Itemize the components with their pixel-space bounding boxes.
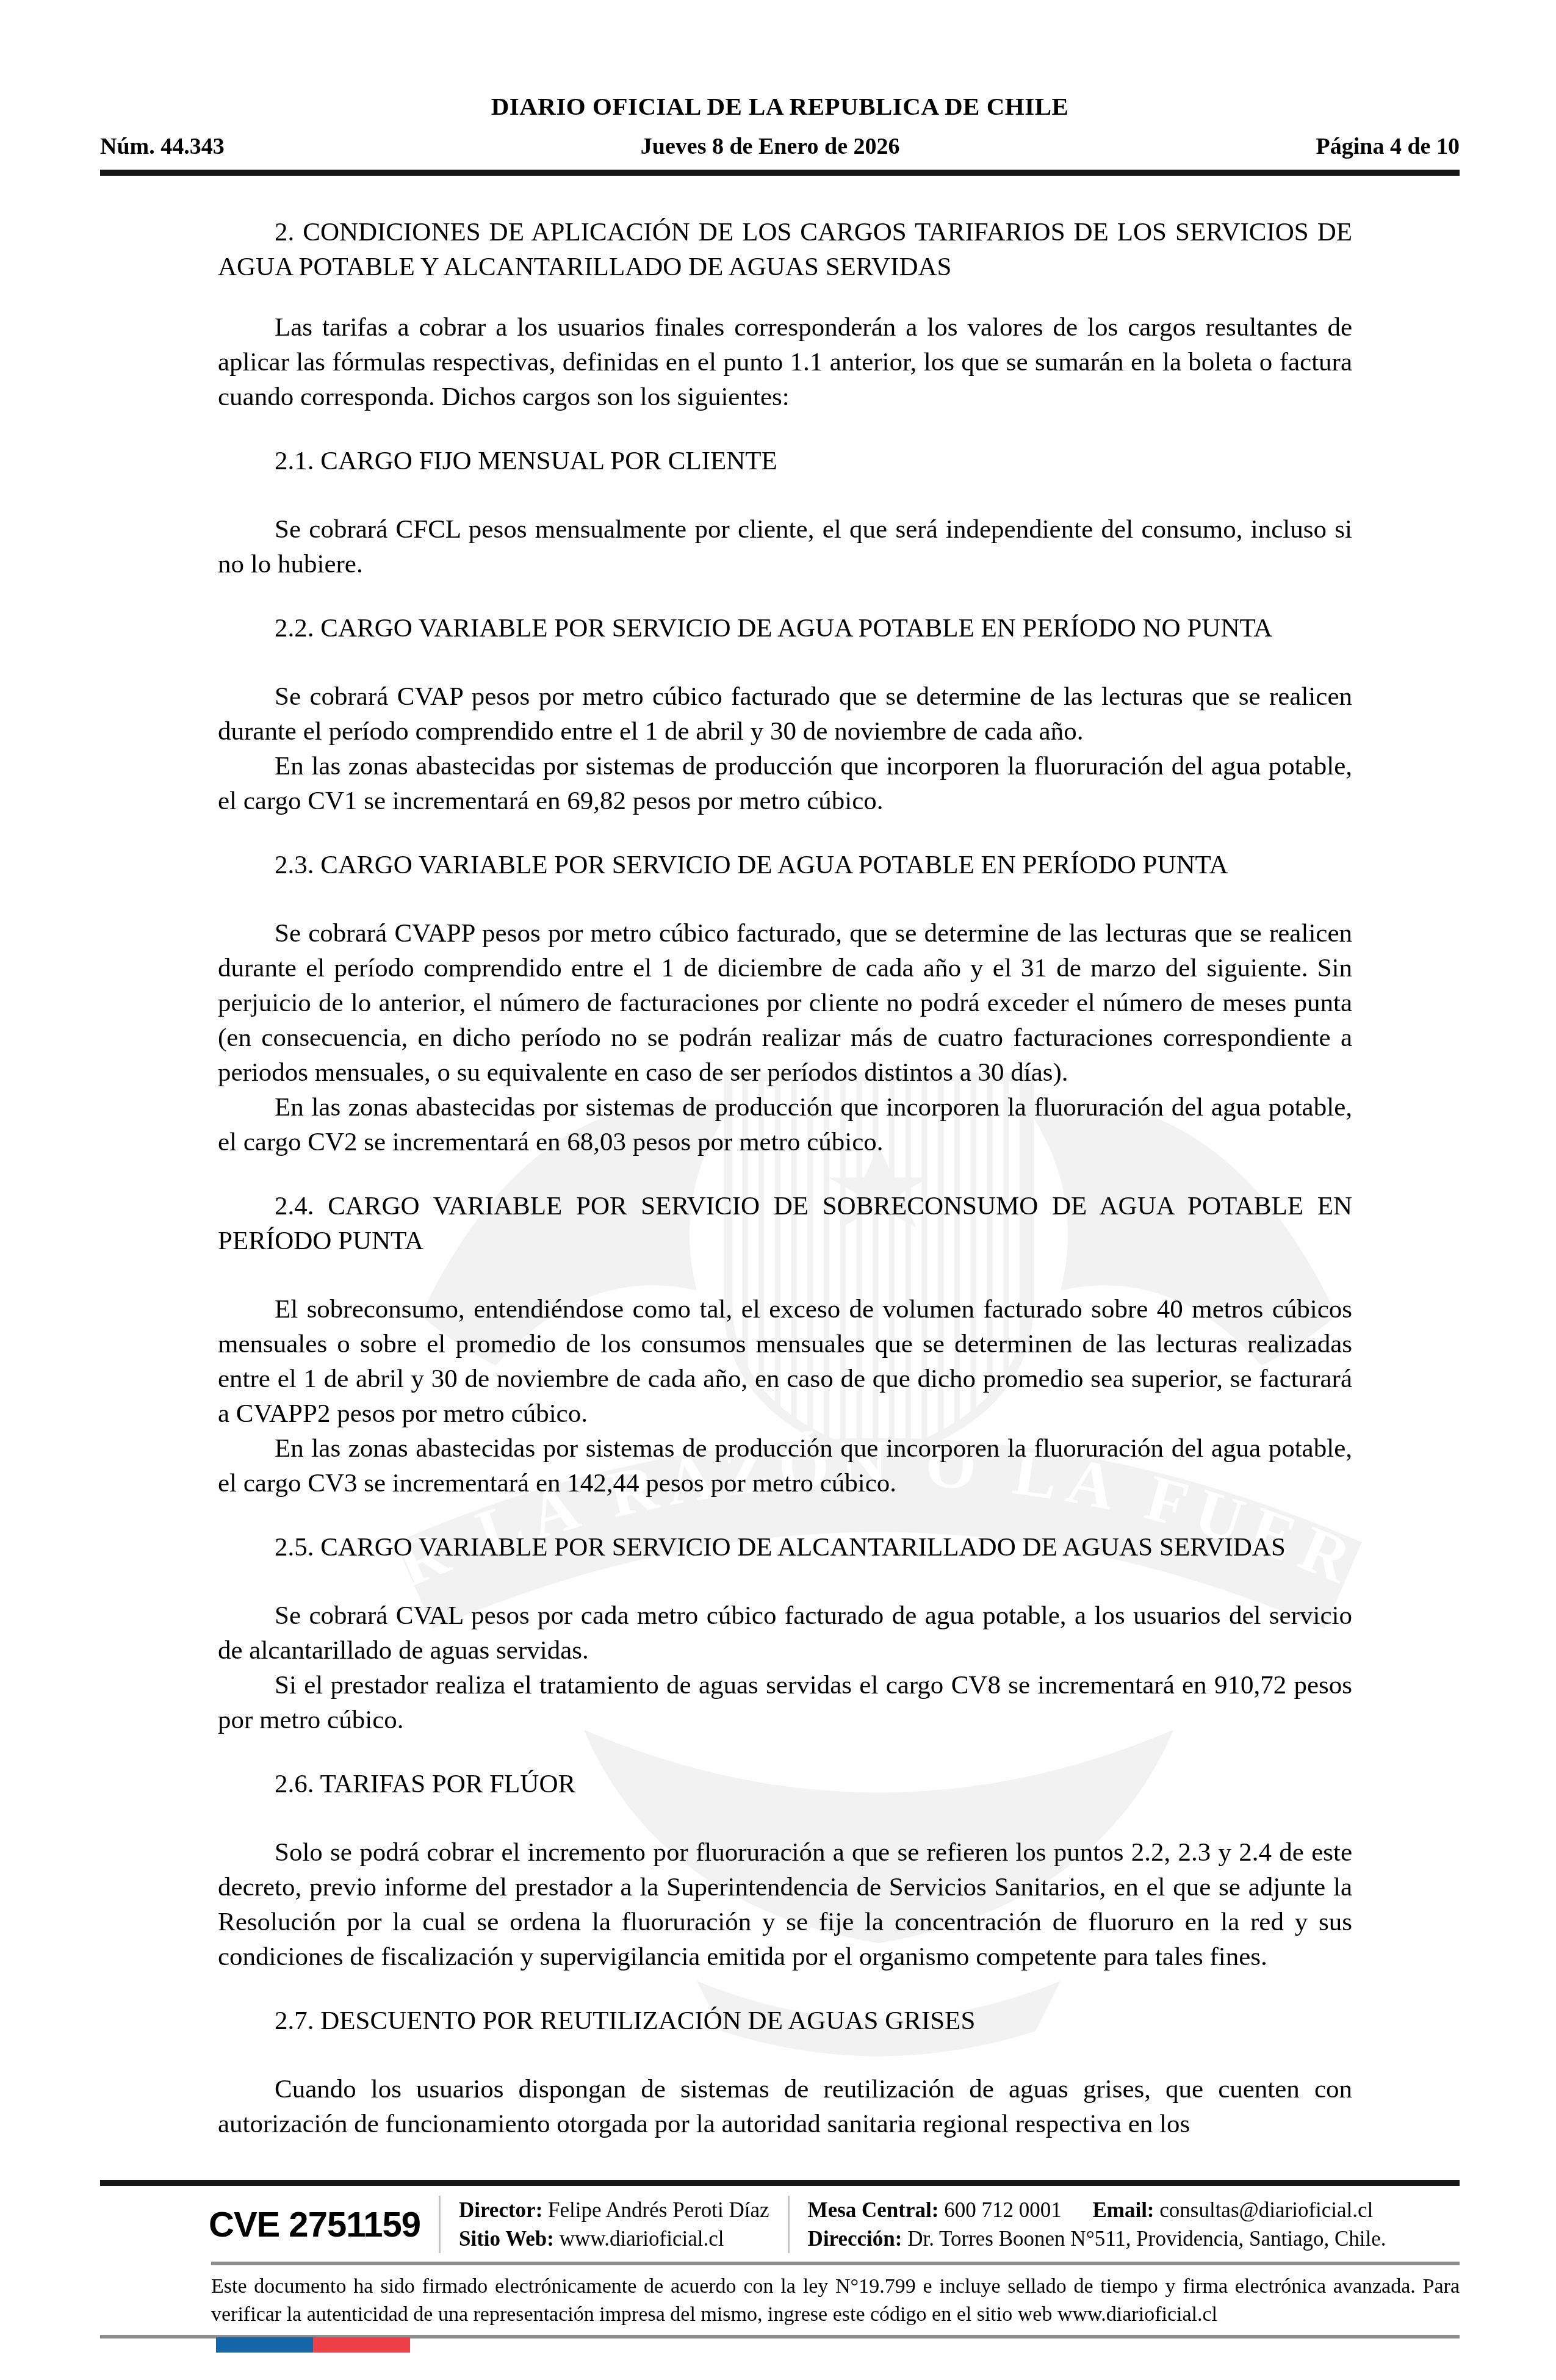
website-label: Sitio Web: [459, 2227, 554, 2251]
director-line: Director: Felipe Andrés Peroti Díaz [459, 2196, 769, 2224]
newspaper-title: DIARIO OFICIAL DE LA REPUBLICA DE CHILE [100, 92, 1460, 121]
issue-date: Jueves 8 de Enero de 2026 [641, 133, 900, 160]
header-meta-row: Núm. 44.343 Jueves 8 de Enero de 2026 Pá… [100, 133, 1460, 160]
footer-contact-column: Mesa Central: 600 712 0001 Email: consul… [808, 2196, 1386, 2253]
email-label: Email: [1092, 2198, 1154, 2222]
footer-rule [100, 2180, 1460, 2186]
section-paragraph: En las zonas abastecidas por sistemas de… [218, 1431, 1352, 1501]
document-body: 2. CONDICIONES DE APLICACIÓN DE LOS CARG… [218, 215, 1352, 2141]
section-heading: 2.3. CARGO VARIABLE POR SERVICIO DE AGUA… [218, 848, 1352, 882]
section-paragraph: Se cobrará CVAP pesos por metro cúbico f… [218, 679, 1352, 749]
website-line: Sitio Web: www.diarioficial.cl [459, 2224, 769, 2253]
address-value: Dr. Torres Boonen N°511, Providencia, Sa… [907, 2227, 1386, 2251]
section-paragraph: En las zonas abastecidas por sistemas de… [218, 1090, 1352, 1159]
main-heading: 2. CONDICIONES DE APLICACIÓN DE LOS CARG… [218, 215, 1352, 284]
section-heading: 2.2. CARGO VARIABLE POR SERVICIO DE AGUA… [218, 611, 1352, 646]
section-paragraph: Se cobrará CVAL pesos por cada metro cúb… [218, 1598, 1352, 1668]
section-heading: 2.5. CARGO VARIABLE POR SERVICIO DE ALCA… [218, 1530, 1352, 1565]
footer-divider [439, 2196, 441, 2253]
email-address: consultas@diarioficial.cl [1159, 2198, 1373, 2222]
section-heading: 2.1. CARGO FIJO MENSUAL POR CLIENTE [218, 444, 1352, 478]
cve-code: CVE 2751159 [209, 2210, 420, 2239]
director-name: Felipe Andrés Peroti Díaz [548, 2198, 769, 2222]
section-paragraph: Si el prestador realiza el tratamiento d… [218, 1668, 1352, 1737]
page-indicator: Página 4 de 10 [1316, 133, 1460, 160]
header-rule [100, 170, 1460, 176]
sections: 2.1. CARGO FIJO MENSUAL POR CLIENTESe co… [218, 444, 1352, 2141]
issue-number: Núm. 44.343 [100, 133, 225, 160]
page-header: DIARIO OFICIAL DE LA REPUBLICA DE CHILE … [100, 92, 1460, 176]
page-container: POR LA RAZÓN O LA FUERZA DIARIO OFICIAL … [0, 0, 1556, 2380]
website-url: www.diarioficial.cl [560, 2227, 724, 2251]
section-paragraph: Cuando los usuarios dispongan de sistema… [218, 2072, 1352, 2141]
legal-notice: Este documento ha sido firmado electróni… [211, 2273, 1460, 2329]
section-heading: 2.4. CARGO VARIABLE POR SERVICIO DE SOBR… [218, 1189, 1352, 1258]
flag-red [313, 2337, 410, 2353]
address-line: Dirección: Dr. Torres Boonen N°511, Prov… [808, 2224, 1386, 2253]
section-paragraph: Solo se podrá cobrar el incremento por f… [218, 1835, 1352, 1974]
flag-blue [216, 2337, 313, 2353]
mesa-central-number: 600 712 0001 [944, 2198, 1062, 2222]
section-paragraph: Se cobrará CFCL pesos mensualmente por c… [218, 512, 1352, 582]
contact-line: Mesa Central: 600 712 0001 Email: consul… [808, 2196, 1386, 2224]
mesa-central-label: Mesa Central: [808, 2198, 939, 2222]
section-heading: 2.7. DESCUENTO POR REUTILIZACIÓN DE AGUA… [218, 2003, 1352, 2038]
section-heading: 2.6. TARIFAS POR FLÚOR [218, 1767, 1352, 1801]
footer-info-row: CVE 2751159 Director: Felipe Andrés Pero… [209, 2196, 1460, 2253]
section-paragraph: Se cobrará CVAPP pesos por metro cúbico … [218, 916, 1352, 1090]
address-label: Dirección: [808, 2227, 902, 2251]
section-paragraph: El sobreconsumo, entendiéndose como tal,… [218, 1292, 1352, 1431]
footer-separator-rule [211, 2262, 1460, 2265]
footer-divider [788, 2196, 790, 2253]
page-footer: CVE 2751159 Director: Felipe Andrés Pero… [100, 2170, 1460, 2353]
intro-paragraph: Las tarifas a cobrar a los usuarios fina… [218, 310, 1352, 414]
section-paragraph: En las zonas abastecidas por sistemas de… [218, 749, 1352, 818]
footer-director-column: Director: Felipe Andrés Peroti Díaz Siti… [459, 2196, 769, 2253]
director-label: Director: [459, 2198, 542, 2222]
chile-flag [216, 2337, 410, 2353]
